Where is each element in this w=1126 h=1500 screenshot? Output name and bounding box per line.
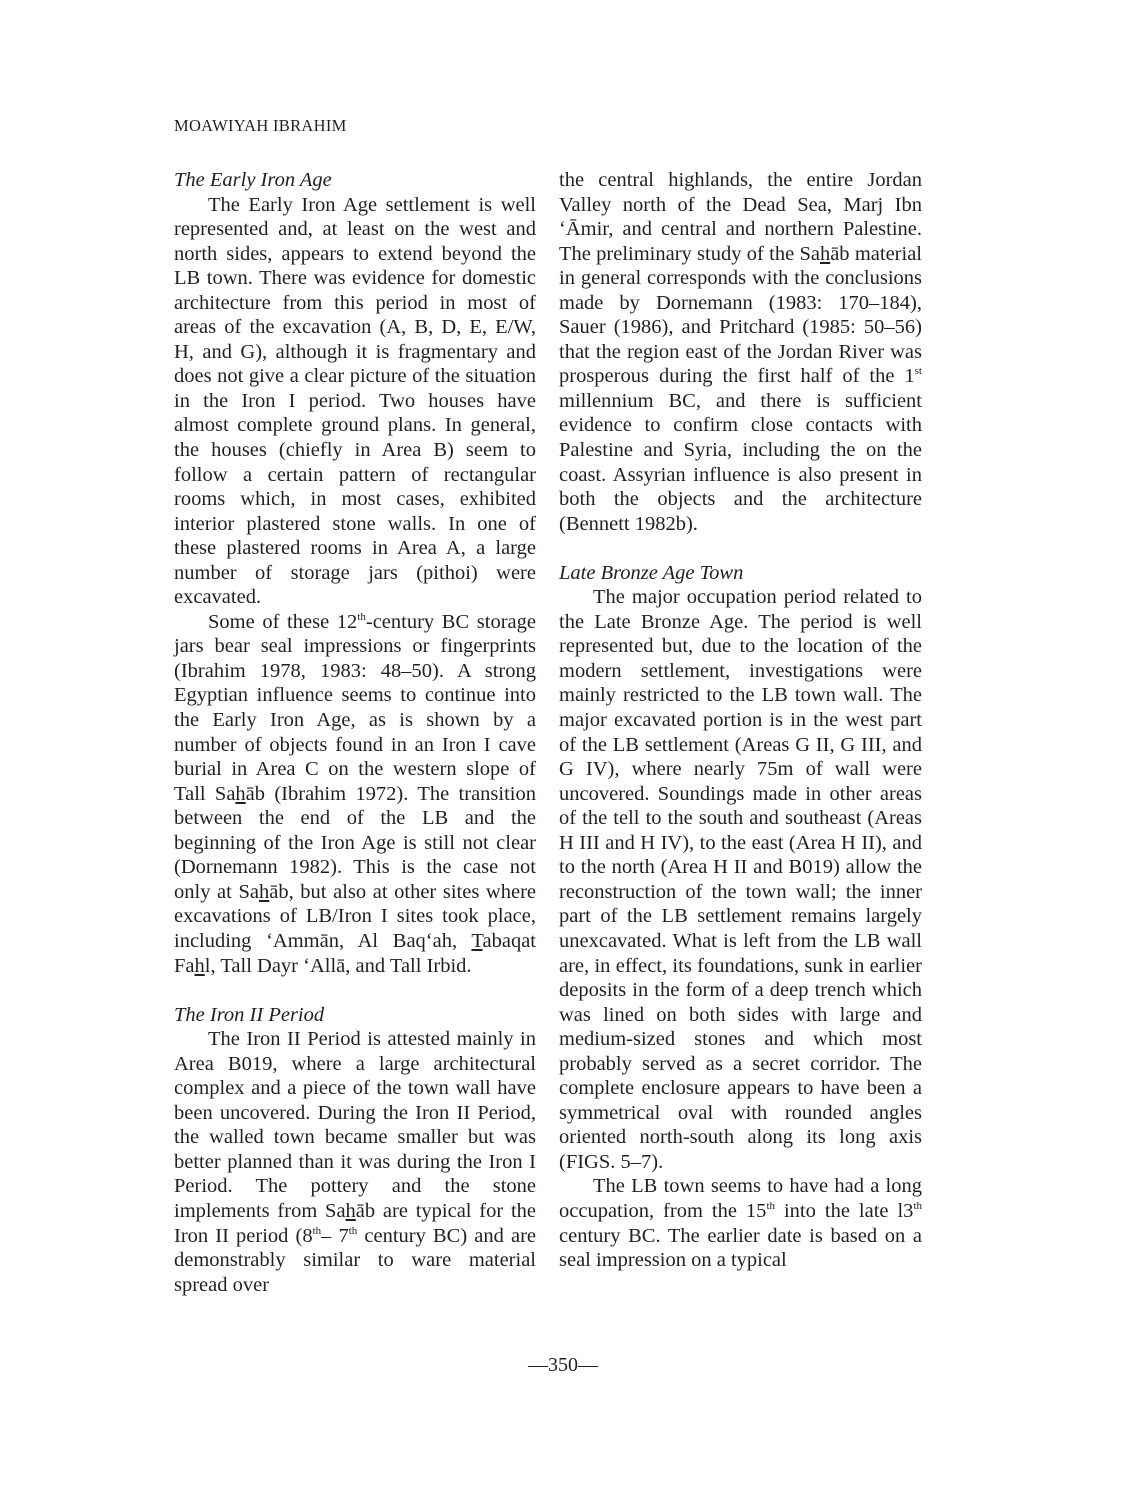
text-run: into the late l3: [775, 1200, 913, 1222]
left-column: The Early Iron Age The Early Iron Age se…: [174, 168, 536, 1297]
text-run: l, Tall Dayr ‘Allā, and Tall Irbid.: [205, 955, 472, 977]
paragraph-early-iron-age-1: The Early Iron Age settlement is well re…: [174, 193, 536, 610]
paragraph-late-bronze-2: The LB town seems to have had a long occ…: [559, 1174, 922, 1272]
section-heading-iron-ii: The Iron II Period: [174, 1003, 536, 1028]
page-number: —350—: [0, 1353, 1126, 1377]
text-run: – 7: [321, 1225, 349, 1247]
underlined-letter: h: [346, 1200, 356, 1222]
text-run: millennium BC, and there is sufficient e…: [559, 390, 922, 535]
superscript: th: [913, 1200, 922, 1212]
text-run: The Iron II Period is attested mainly in…: [174, 1028, 536, 1222]
superscript: th: [313, 1225, 322, 1237]
section-heading-early-iron-age: The Early Iron Age: [174, 168, 536, 193]
text-run: century BC. The earlier date is based on…: [559, 1225, 922, 1272]
superscript: th: [357, 611, 366, 623]
paragraph-early-iron-age-2: Some of these 12th-century BC storage ja…: [174, 610, 536, 978]
superscript: th: [766, 1200, 775, 1212]
underlined-letter: T: [471, 930, 482, 952]
underlined-letter: h: [820, 243, 830, 265]
underlined-letter: h: [195, 955, 205, 977]
section-spacer: [174, 978, 536, 1003]
paragraph-late-bronze-1: The major occupation period related to t…: [559, 585, 922, 1174]
text-run: Some of these 12: [208, 611, 357, 633]
paragraph-iron-ii-1: The Iron II Period is attested mainly in…: [174, 1027, 536, 1297]
paragraph-iron-ii-continued: the central highlands, the entire Jordan…: [559, 168, 922, 536]
underlined-letter: h: [235, 783, 245, 805]
right-column: the central highlands, the entire Jordan…: [559, 168, 922, 1273]
section-spacer: [559, 536, 922, 561]
text-run: -century BC storage jars bear seal impre…: [174, 611, 536, 805]
section-heading-late-bronze-age: Late Bronze Age Town: [559, 561, 922, 586]
running-head: MOAWIYAH IBRAHIM: [174, 116, 347, 136]
superscript: st: [915, 365, 922, 377]
underlined-letter: h: [259, 881, 269, 903]
